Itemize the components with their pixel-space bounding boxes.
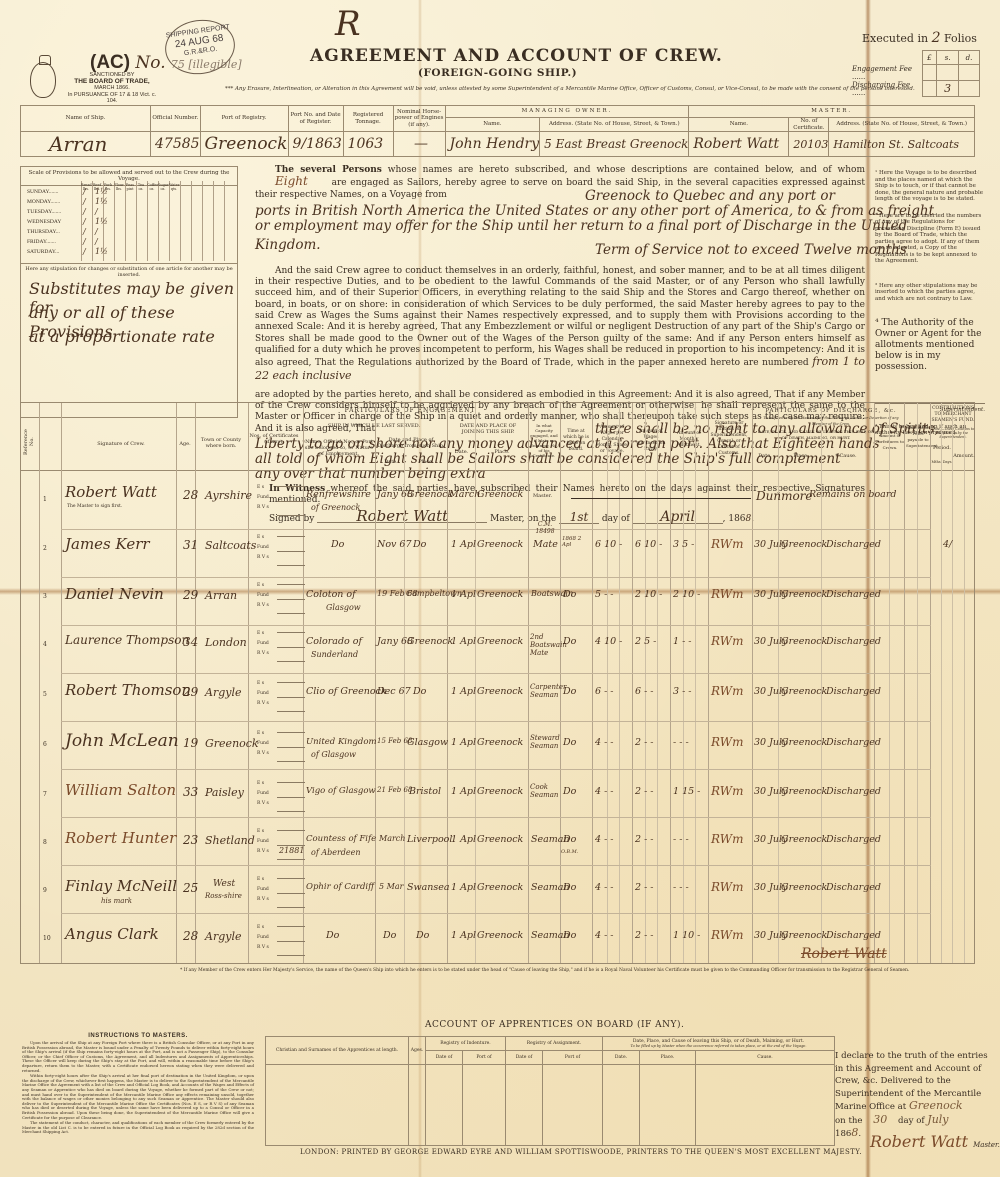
superintendent-initials: RWm [711, 684, 743, 698]
crew-signature: Finlay McNeill [65, 877, 177, 895]
crew-age: 29 [183, 685, 198, 699]
time-on-board: 1868 2 Apl [562, 536, 588, 548]
year-prefix: 186 [835, 1129, 851, 1139]
day-label: WEDNESDAY [27, 219, 61, 225]
engagement-fee-pence [959, 65, 980, 81]
header-advance: Amount of Wages advanced on Entry. [633, 429, 669, 453]
leave-place: Greenock [781, 539, 827, 550]
master-cert-number: 20103 [789, 132, 829, 157]
last-ship-port: of Glasgow [311, 750, 356, 759]
cert-label-fund: Fund [257, 495, 269, 500]
fee-col-pence: d. [959, 51, 980, 65]
instructions-to-masters: INSTRUCTIONS TO MASTERS. Upon the arriva… [22, 1033, 254, 1136]
capacity-note: C.M. 18498 [533, 521, 557, 535]
crew-town: Paisley [205, 786, 244, 799]
day-label: TUESDAY....... [27, 209, 61, 215]
instructions-title: INSTRUCTIONS TO MASTERS. [22, 1033, 254, 1039]
header-mths-days: Mths. Days. [931, 459, 953, 465]
last-ship-port: of Greenock [311, 503, 360, 512]
voyage-line: Greenock to Quebec and any port or [585, 189, 865, 204]
horsepower: — [393, 132, 445, 157]
time-on-board: Do [563, 882, 576, 893]
owner-name: John Hendry [445, 132, 540, 157]
apprentices-title: ACCOUNT OF APPRENTICES ON BOARD (IF ANY)… [425, 1020, 684, 1030]
instructions-paragraph: The statement of the conduct, character,… [22, 1121, 254, 1135]
wages: 4 10 - [595, 636, 622, 647]
wages: 4 - - [595, 834, 614, 845]
header-allotment: Amount of Monthly Allotment. [671, 431, 707, 449]
superintendent-initials: RWm [711, 735, 743, 749]
header-fines: Amount of Fines payable to Superintenden… [906, 425, 930, 449]
year-suffix: 8 [851, 1126, 858, 1139]
crossed-signature: Robert Watt [801, 946, 887, 962]
cert-label-es: E s [257, 681, 264, 686]
last-ship-port: Sunderland [311, 650, 358, 659]
header-owner-address: Address. (State No. of House, Street, & … [540, 118, 689, 132]
apprentices-table: Christian and Surnames of the Apprentice… [265, 1036, 835, 1146]
header-port-of: Port of [543, 1051, 603, 1065]
join-date: 1 Apl [451, 834, 476, 845]
advance: 2 - - [635, 930, 654, 941]
leave-cause: Discharged [826, 636, 881, 647]
leave-cause: Discharged [826, 786, 881, 797]
voyage-line: Term of Service not to exceed Twelve mon… [595, 243, 865, 258]
declaration: I declare to the truth of the entries in… [835, 1050, 995, 1141]
cert-label-fund: Fund [257, 641, 269, 646]
cert-label-es: E s [257, 631, 264, 636]
owner-address: 5 East Breast Greenock [540, 132, 689, 157]
last-ship: Coloton of [306, 589, 356, 600]
engagement-fee-shillings [937, 65, 959, 81]
superintendent-initials: RWm [711, 928, 743, 942]
leave-cause: Discharged [826, 737, 881, 748]
side-note: ³ Here any other stipulations may be ins… [875, 283, 985, 303]
provision-col: Tea oz. [136, 183, 146, 191]
crew-town: Greenock [205, 737, 259, 750]
crew-age: 31 [183, 538, 198, 552]
side-note: ² Here are to be inserted the numbers of… [875, 213, 985, 265]
wages: 4 - - [595, 930, 614, 941]
header-forfeitures: Amount of Forfeitures to Crown. [876, 433, 904, 451]
time-on-board: Do [563, 686, 576, 697]
discharge-date: Dec 67 [377, 686, 411, 697]
cert-label-es: E s [257, 485, 264, 490]
crew-county: Ross-shire [205, 892, 242, 900]
port-no-date: 9/1863 [288, 132, 343, 157]
crew-age: 34 [183, 635, 198, 649]
header-managing-owner: MANAGING OWNER. [445, 106, 689, 118]
leave-cause: Discharged [826, 882, 881, 893]
capacity: Cook Seaman [530, 783, 560, 799]
join-place: Greenock [477, 786, 523, 797]
last-ship: Colorado of [306, 636, 362, 647]
crew-town: Arran [205, 589, 237, 602]
discharge-place: Greenock [407, 489, 453, 500]
cert-labels: E sFundR V s [257, 827, 269, 857]
leave-place: Greenock [781, 834, 827, 845]
day-label: SUNDAY....... [27, 189, 58, 195]
discharge-place: Swansea [407, 882, 450, 893]
leave-place: Greenock [781, 930, 827, 941]
cert-labels: E sFundR V s [257, 779, 269, 809]
crew-town: Ayrshire [205, 489, 252, 502]
para-text: are engaged as Sailors, hereby agree [332, 178, 507, 188]
last-ship-port: Glasgow [326, 603, 361, 612]
discharging-fee-pounds [922, 81, 937, 97]
advance: 2 - - [635, 882, 654, 893]
header-engagement: PARTICULARS OF ENGAGEMENT. [61, 408, 761, 414]
last-ship: Ophir of Cardiff [306, 882, 374, 892]
cert-labels: E sFundR V s [257, 483, 269, 513]
last-ship: Clio of Greenock [306, 686, 387, 697]
wages: 4 - - [595, 786, 614, 797]
last-ship: United Kingdom [306, 737, 377, 747]
crew-age: 23 [183, 833, 198, 847]
stipulation-label: Here any stipulation for changes or subs… [21, 263, 237, 278]
time-on-board: Do [563, 930, 576, 941]
row-number: 4 [43, 641, 47, 648]
time-on-board: Do [563, 589, 576, 600]
join-place: Greenock [477, 834, 523, 845]
sanction-block: SANCTIONED BY THE BOARD OF TRADE, MARCH … [62, 72, 162, 105]
crew-age: 33 [183, 785, 198, 799]
join-place: Greenock [477, 737, 523, 748]
crew-signature: Laurence Thompson [65, 633, 189, 647]
crew-footnote: * If any Member of the Crew enters Her M… [180, 968, 909, 973]
crew-town: Argyle [205, 686, 242, 699]
header-horsepower: Nominal Horse-power of Engines (if any). [393, 106, 445, 132]
header-tonnage: Registered Tonnage. [343, 106, 393, 132]
header-place: Place. [476, 449, 528, 455]
leave-cause: Discharged [826, 539, 881, 550]
discharge-place: Do [413, 539, 426, 550]
stipulation-line: at a proportionate rate [29, 327, 215, 346]
authority-note: ⁴ The Authority of the Owner or Agent fo… [875, 318, 985, 373]
voyage-line: Kingdom. [255, 238, 321, 253]
cert-label-rvs: R V s [257, 555, 269, 560]
join-place: Greenock [477, 882, 523, 893]
time-on-board: Do [563, 737, 576, 748]
header-leaving-sub: To be filled up by Master when the occur… [631, 1044, 807, 1048]
cert-label-es: E s [257, 731, 264, 736]
crew-town: Shetland [205, 834, 255, 847]
discharge-place: Glasgow [407, 737, 448, 748]
provision-col: Sugar oz. [158, 183, 168, 191]
delivered-day: 30 [865, 1114, 895, 1127]
voyage-line: ports in British North America the Unite… [255, 204, 865, 219]
wages: 4 - - [595, 737, 614, 748]
row-number: 10 [43, 935, 51, 942]
discharge-date: Nov 67 [377, 539, 412, 550]
page-title: AGREEMENT AND ACCOUNT OF CREW. [310, 46, 723, 66]
discharge-place: Bristol [409, 786, 441, 797]
header-ref-no: Reference No. [23, 427, 37, 457]
cert-label-rvs: R V s [257, 701, 269, 706]
header-apprentice-name: Christian and Surnames of the Apprentice… [266, 1037, 409, 1065]
his-mark-note: his mark [101, 897, 132, 905]
row-number: 8 [43, 839, 47, 846]
form-number-prefix: No. [135, 53, 165, 73]
leave-cause: Remains on board [809, 489, 896, 500]
cert-label-fund: Fund [257, 887, 269, 892]
sanction-line: THE BOARD OF TRADE, [74, 78, 149, 85]
join-date: 1 Apl [451, 737, 476, 748]
instructions-paragraph: Within forty-eight hours after the Ship'… [22, 1074, 254, 1120]
header-place: Place. [781, 453, 821, 459]
leave-cause: Discharged [826, 686, 881, 697]
day-label: THURSDAY... [27, 229, 60, 235]
leave-place: Greenock [781, 786, 827, 797]
day-label: MONDAY....... [27, 199, 60, 205]
cert-label-fund: Fund [257, 935, 269, 940]
header-last-ship-name: Name, Official No., or Port she belonged… [304, 439, 374, 457]
cert-label-es: E s [257, 877, 264, 882]
provision-col: Flour lbs. [114, 183, 124, 191]
cert-labels: E sFundR V s [257, 629, 269, 659]
header-leaving: DATE, PLACE, AND CAUSE OF LEAVING THIS S… [756, 429, 876, 441]
join-date: 1 Apl [451, 930, 476, 941]
para-text: whose names are hereto subscribed, and w… [388, 165, 865, 175]
capacity: Carpenter Seaman [530, 683, 560, 699]
join-date: 1 Apl [451, 589, 476, 600]
superintendent-initials: RWm [711, 634, 743, 648]
header-capacity: In what Capacity engaged, and if Mate or… [529, 423, 559, 458]
crew-age: 19 [183, 736, 198, 750]
header-master-name: Name. [689, 118, 789, 132]
fund-amount: 4/ [943, 539, 952, 550]
header-last-ship: SHIP IN WHICH HE LAST SERVED. [304, 423, 444, 429]
crew-signature: Robert Hunter [65, 829, 176, 847]
sailors-count: Eight [255, 174, 328, 188]
engagement-fee-pounds [922, 65, 937, 81]
cert-label-es: E s [257, 925, 264, 930]
header-age: Age. [176, 441, 194, 447]
header-time-on-board: Time at which he is to be on board. [561, 429, 591, 453]
header-cause: * Cause. [821, 453, 871, 459]
crew-signature: William Salton [65, 781, 176, 799]
join-date: 1 Apl [451, 636, 476, 647]
header-master: MASTER. [689, 106, 975, 118]
master-label: Master. [973, 1141, 1000, 1149]
wages: 5 - - [595, 589, 614, 600]
master-name: Robert Watt [689, 132, 789, 157]
allotment: 2 10 - [673, 589, 700, 600]
last-ship: Do [326, 930, 339, 941]
cert-label-rvs: R V s [257, 505, 269, 510]
capacity: Master. [533, 493, 552, 499]
header-date-of: Date of [506, 1051, 543, 1065]
header-apprentice-age: Ages. [409, 1037, 426, 1065]
header-place: Place. [640, 1051, 696, 1065]
wages: 6 10 - [595, 539, 622, 550]
cert-label-es: E s [257, 583, 264, 588]
provision-col: Peas pint [125, 183, 135, 191]
cert-labels: E sFundR V s [257, 729, 269, 759]
discharging-fee-shillings: 3 [937, 81, 959, 97]
header-port-registry: Port of Registry. [200, 106, 288, 132]
last-ship: Countess of Fife [306, 834, 376, 844]
time-on-board: Do [563, 786, 576, 797]
capacity: Steward Seaman [530, 734, 560, 750]
allotment: - - - [673, 737, 689, 748]
header-cause: Cause. [696, 1051, 835, 1065]
wages: 4 - - [595, 882, 614, 893]
discharging-fee-label: Discharging Fee ...... [852, 81, 922, 97]
join-place: Greenock [477, 539, 523, 550]
join-place: Greenock [477, 489, 523, 500]
superintendent-initials: RWm [711, 880, 743, 894]
cert-label-fund: Fund [257, 839, 269, 844]
allotment: 1 - - [673, 636, 692, 647]
header-date: Date. [376, 459, 406, 465]
discharge-place: Liverpool [407, 834, 452, 845]
fee-col-pounds: £ [922, 51, 937, 65]
cert-label-fund: Fund [257, 741, 269, 746]
join-date: March [449, 489, 480, 500]
header-indenture: Registry of Indenture. [426, 1037, 506, 1051]
join-place: Greenock [477, 686, 523, 697]
cert-labels: E sFundR V s [257, 679, 269, 709]
header-port-of: Port of [463, 1051, 506, 1065]
leave-place: Greenock [781, 737, 827, 748]
cert-label-fund: Fund [257, 791, 269, 796]
page-subtitle: (FOREIGN-GOING SHIP.) [418, 67, 577, 79]
cert-label-es: E s [257, 535, 264, 540]
executed-suffix: Folios [944, 32, 977, 45]
wages: 6 - - [595, 686, 614, 697]
header-superintendent: Signature or Initials of Superintendent,… [709, 421, 749, 457]
discharge-date: Do [383, 930, 396, 941]
row-number: 2 [43, 545, 47, 552]
day-of-label: day of [898, 1116, 925, 1126]
instructions-paragraph: Upon the arrival of the Ship at any Fore… [22, 1041, 254, 1073]
header-fund-note: Note.—These Columns to be filled up by t… [931, 427, 975, 439]
cert-label-es: E s [257, 829, 264, 834]
day-label: SATURDAY... [27, 249, 59, 255]
header-ship-name: Name of Ship. [21, 106, 151, 132]
tonnage: 1063 [343, 132, 393, 157]
crew-signature: Angus Clark [65, 925, 159, 943]
row-number: 3 [43, 593, 47, 600]
allotment: 1 15 - [673, 786, 700, 797]
crew-signature: John McLean [65, 731, 179, 751]
fee-col-shillings: s. [937, 51, 959, 65]
cert-labels: E sFundR V s [257, 875, 269, 905]
cert-label-rvs: R V s [257, 945, 269, 950]
superintendent-initials: RWm [711, 537, 743, 551]
cert-labels: E sFundR V s [257, 533, 269, 563]
row-number: 7 [43, 791, 47, 798]
header-discharge-from: Date and Place of Discharge from such Sh… [376, 437, 446, 449]
cert-label-es: E s [257, 781, 264, 786]
leave-place: Greenock [781, 882, 827, 893]
cert-label-rvs: R V s [257, 651, 269, 656]
official-number: 47585 [151, 132, 201, 157]
allotment: 1 10 - [673, 930, 700, 941]
allotment: 3 5 - [673, 539, 694, 550]
advance: 2 - - [635, 737, 654, 748]
leave-place: Dunmore [756, 489, 813, 503]
header-seamens-fund: CONTRIBUTIONS TO MERCHANT SEAMEN'S FUND. [931, 406, 975, 424]
crew-table: Reference No. PARTICULARS OF ENGAGEMENT.… [20, 402, 975, 964]
crew-town: Argyle [205, 930, 242, 943]
discharge-place: Do [413, 686, 426, 697]
crew-town: Saltcoats [205, 539, 256, 552]
superintendent-initials: RWm [711, 587, 743, 601]
form-code-text: (AC) [90, 52, 130, 73]
row-number: 6 [43, 741, 47, 748]
crew-age: 28 [183, 929, 198, 943]
discharge-date: 5 Mar [379, 882, 403, 891]
last-ship-port: of Aberdeen [311, 848, 361, 857]
on-the-label: on the [835, 1116, 863, 1126]
declaration-signature: Robert Watt Master. [870, 1132, 1000, 1151]
provisions-scale: Scale of Provisions to be allowed and se… [20, 166, 238, 418]
leave-place: Greenock [781, 686, 827, 697]
provisions-grid: SUNDAY....... MONDAY....... TUESDAY.....… [21, 181, 237, 261]
leave-place: Greenock [781, 589, 827, 600]
ship-name: Arran [21, 132, 151, 157]
leave-cause: Discharged [826, 930, 881, 941]
header-owner-name: Name. [445, 118, 540, 132]
cert-label-fund: Fund [257, 593, 269, 598]
crew-signature: Robert Watt [65, 483, 157, 501]
discharging-fee-pence [959, 81, 980, 97]
header-leaving: Date, Place, and Cause of leaving this S… [603, 1037, 835, 1051]
join-place: Greenock [477, 636, 523, 647]
leave-place: Greenock [781, 636, 827, 647]
advance: 6 - - [635, 686, 654, 697]
allotment: - - - [673, 834, 689, 845]
para-text: And the said Crew agree to conduct thems… [255, 266, 865, 368]
cert-label-rvs: R V s [257, 801, 269, 806]
executed-in: Executed in 2 Folios [862, 30, 977, 46]
provision-col: Water qts. [169, 183, 179, 191]
discharge-place: Do [416, 930, 429, 941]
cert-label-fund: Fund [257, 545, 269, 550]
day-label: FRIDAY....... [27, 239, 56, 245]
header-master-address: Address. (State No. of House, Street, & … [829, 118, 975, 132]
discharge-place: Greenock [407, 636, 453, 647]
advance: 2 5 - [635, 636, 656, 647]
crew-signature: James Kerr [65, 535, 150, 553]
crew-age: 29 [183, 588, 198, 602]
row-number: 1 [43, 496, 47, 503]
leave-cause: Discharged [826, 589, 881, 600]
header-signature: Signature of Crew. [61, 441, 181, 447]
cert-label-rvs: R V s [257, 751, 269, 756]
join-date: 1 Apl [451, 539, 476, 550]
header-master-cert: No. of Certificate. [789, 118, 829, 132]
voyage-line: or employment may offer for the Ship unt… [255, 219, 865, 234]
executed-label: Executed in [862, 32, 928, 45]
capacity: Mate [533, 539, 558, 550]
master-address: Hamilton St. Saltcoats [829, 132, 975, 157]
header-period: Period. [931, 445, 953, 451]
delivered-month: July [927, 1113, 948, 1126]
crew-signature: Daniel Nevin [65, 585, 164, 603]
last-ship: Renfrewshire [306, 489, 371, 500]
header-date-of: Date of [426, 1051, 463, 1065]
superintendent-initials: RWm [711, 832, 743, 846]
corner-mark: R [335, 4, 361, 44]
cert-labels: E sFundR V s [257, 581, 269, 611]
discharge-date: 21 Feb 68 [377, 786, 412, 794]
port-registry: Greenock [200, 132, 288, 157]
side-note: ¹ Here the Voyage is to be described and… [875, 170, 985, 203]
crew-table-header: Reference No. PARTICULARS OF ENGAGEMENT.… [21, 403, 974, 471]
join-place: Greenock [477, 930, 523, 941]
